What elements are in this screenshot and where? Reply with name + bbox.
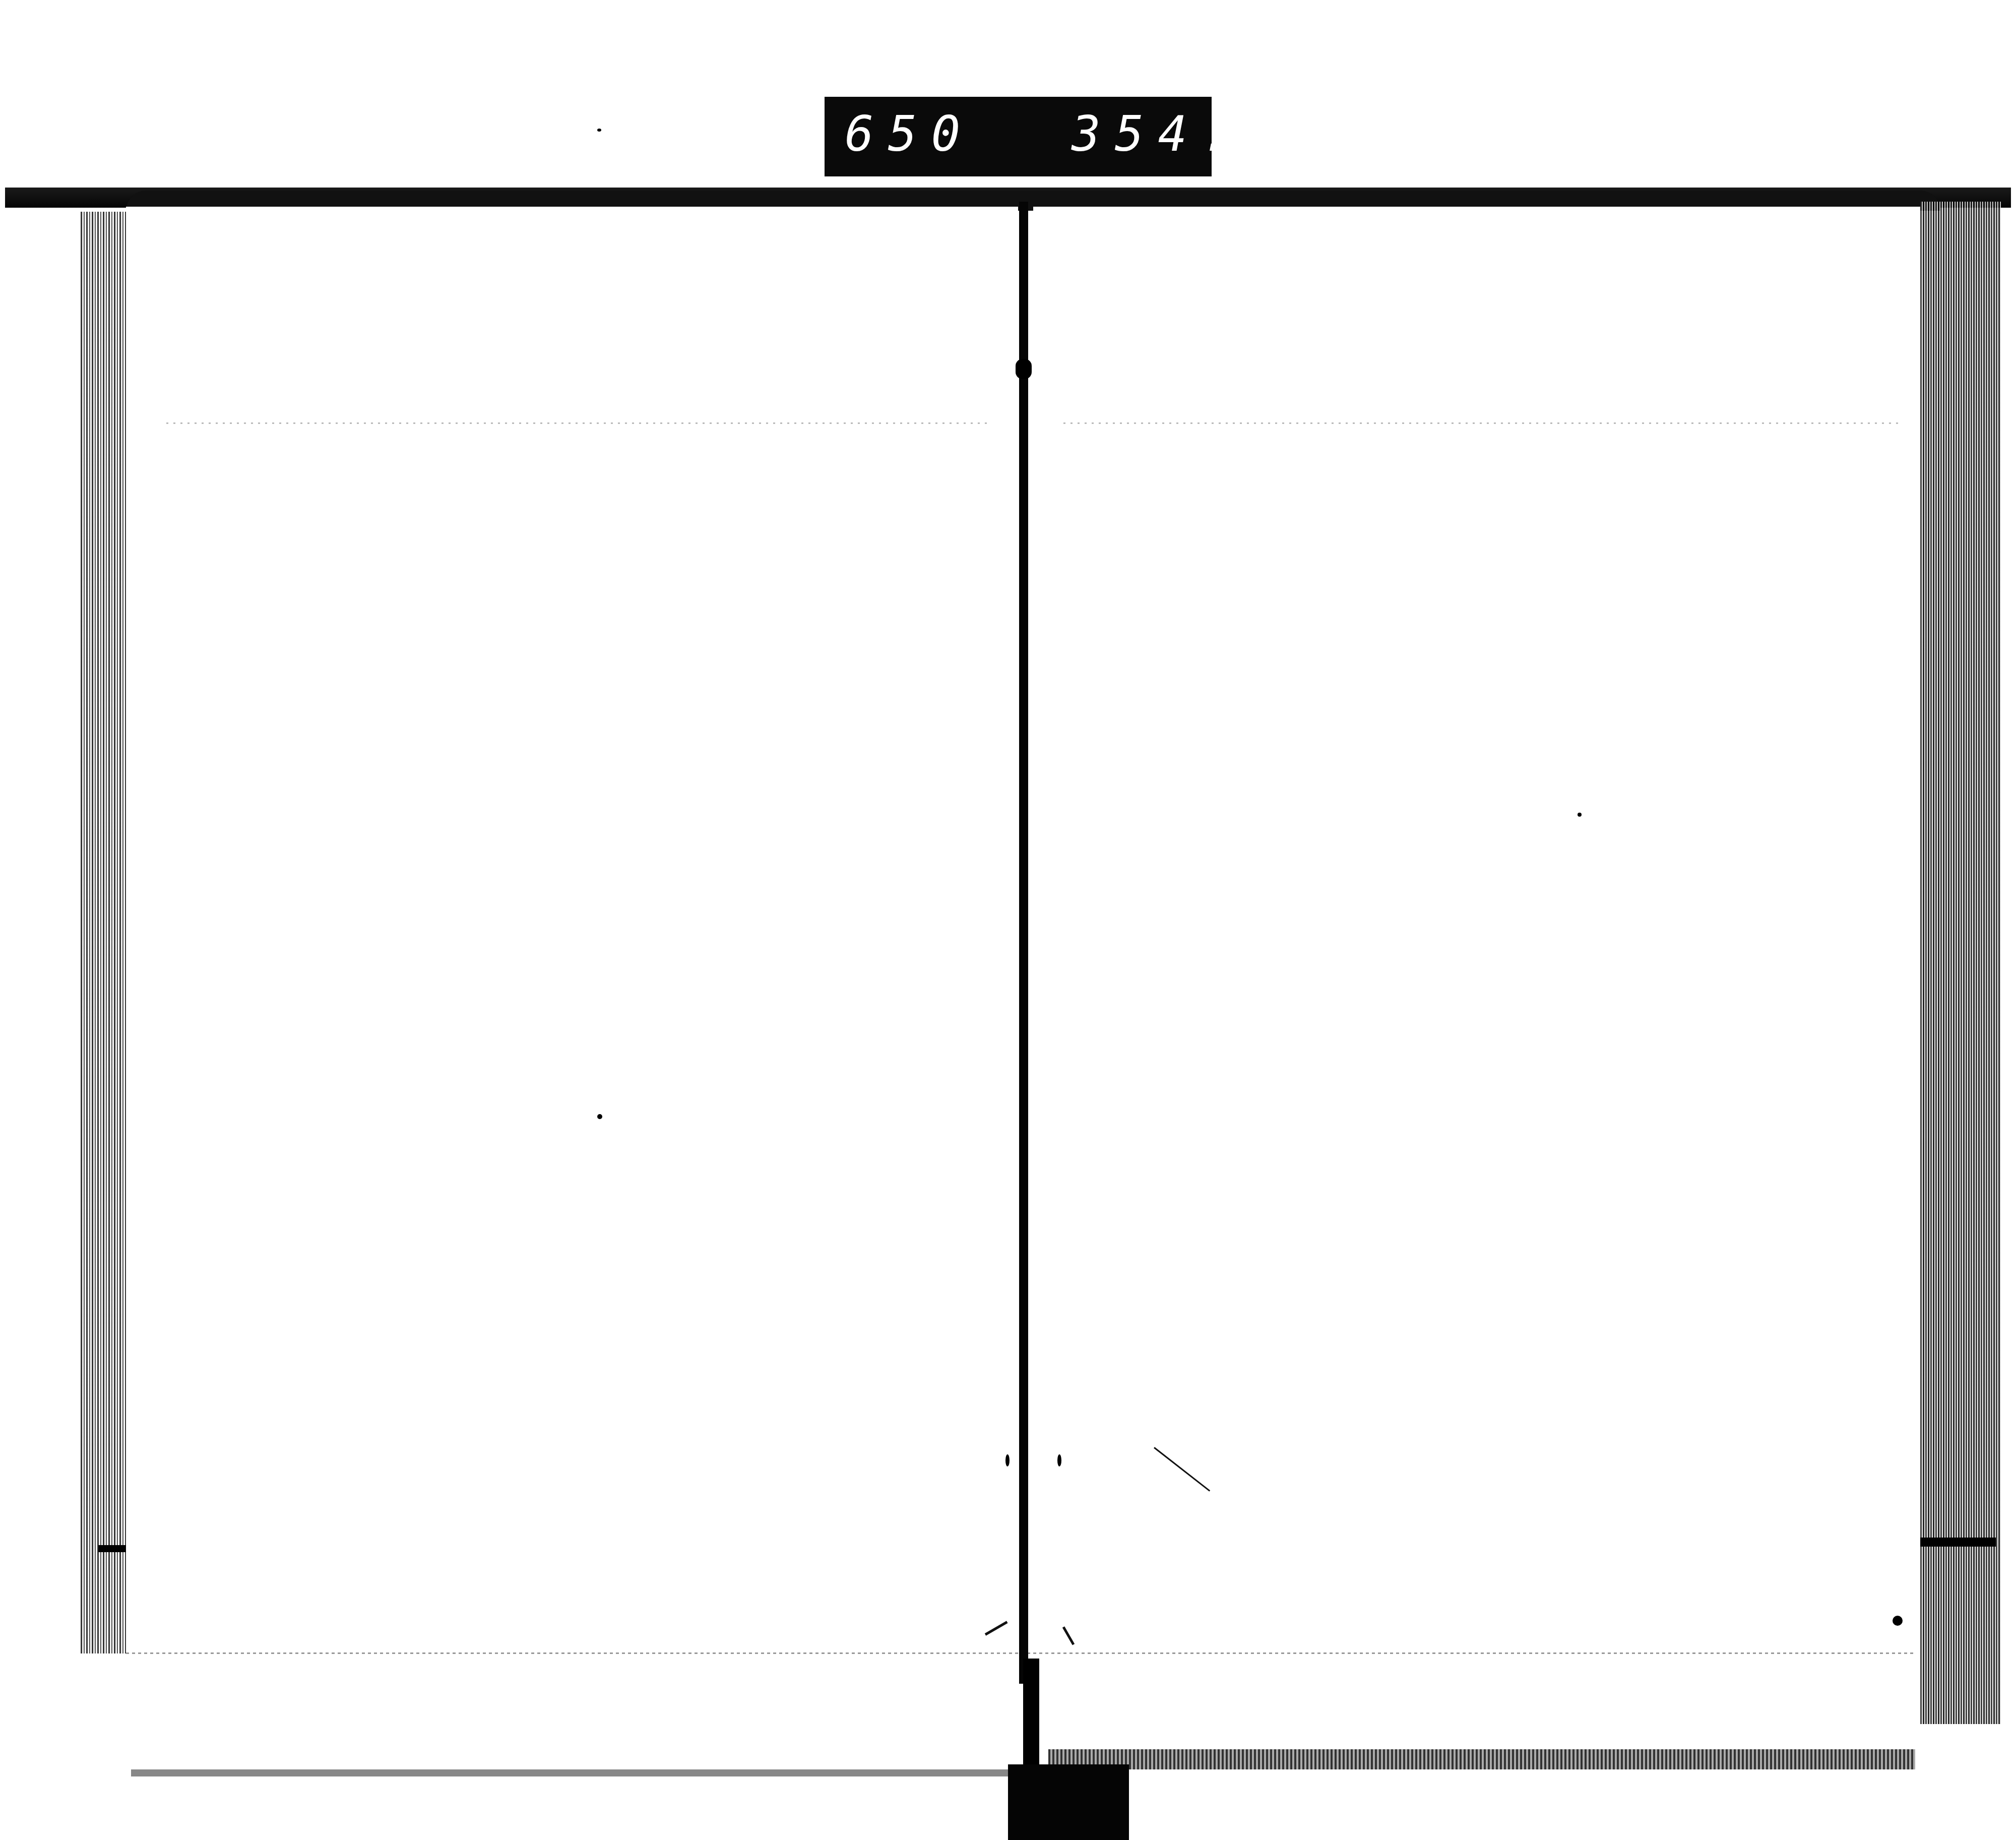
lower-left-page-layer (131, 1653, 1028, 1776)
spine-foot-shadow (1008, 1764, 1129, 1840)
book-spine-gutter (1019, 202, 1028, 1684)
left-page-stack-edge (81, 212, 131, 1653)
scanned-page-background: 650 354. (0, 0, 2016, 1840)
scan-speck (1057, 1454, 1061, 1466)
right-ruled-line (1063, 422, 1900, 424)
frame-number-left: 650 (845, 106, 974, 162)
right-edge-band (1920, 1538, 1996, 1547)
scan-speck (1005, 1454, 1010, 1466)
left-ruled-line (166, 422, 988, 424)
spine-base (1023, 1659, 1039, 1769)
frame-number-label: 650 354. (823, 97, 1212, 176)
right-page-stack-edge (1920, 202, 2001, 1724)
scan-speck (597, 129, 601, 132)
scan-speck (1893, 1616, 1903, 1626)
scan-speck (1578, 813, 1582, 817)
scan-speck (597, 1114, 602, 1119)
lower-right-page-layer (1048, 1749, 1915, 1769)
spine-knot (1016, 359, 1032, 379)
frame-number-right: 354. (1072, 106, 1244, 162)
